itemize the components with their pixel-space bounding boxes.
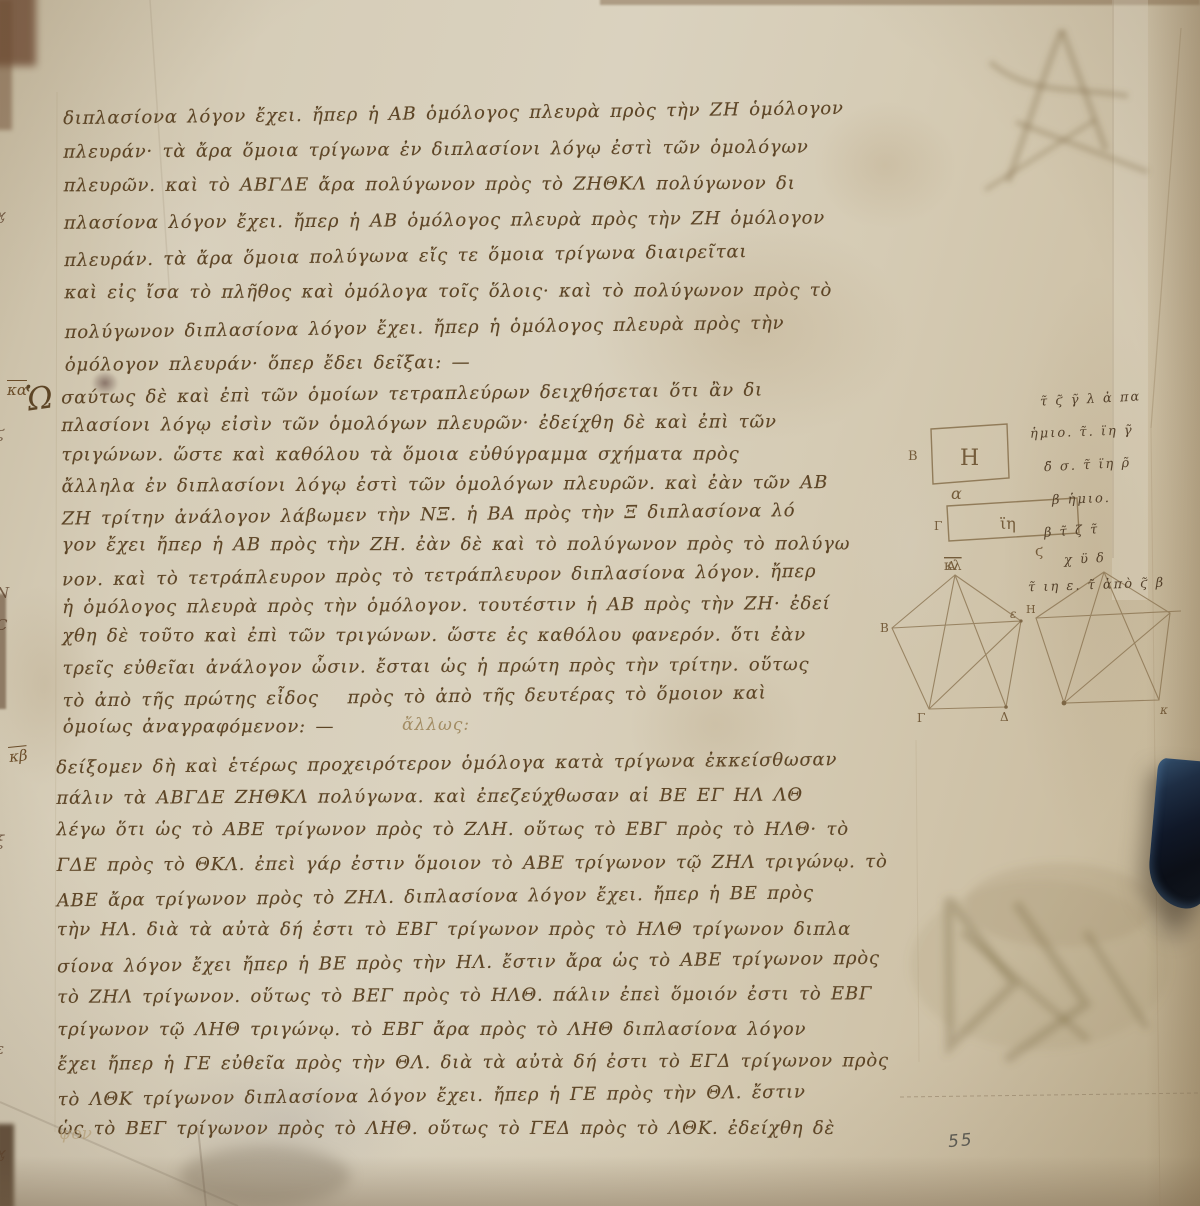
text-line: τὴν ΗΛ. διὰ τὰ αὐτὰ δή ἐστι τὸ ΕΒΓ τρίγω… xyxy=(57,913,888,947)
text-line: πλευρῶν. καὶ τὸ ΑΒΓΔΕ ἄρα πολύγωνον πρὸς… xyxy=(64,166,845,204)
showthrough-bottom-right xyxy=(910,863,1170,1060)
text-line: τὸ ΛΘΚ τρίγωνον διπλασίονα λόγον ἔχει. ἤ… xyxy=(58,1075,890,1117)
scholion-line: χ ϋ δ xyxy=(1064,551,1107,568)
square2-left-label: Γ xyxy=(934,519,942,533)
edge-mark: ξ xyxy=(0,832,4,850)
edge-mark: ϛ xyxy=(0,424,4,442)
page-edge-dark xyxy=(0,0,36,66)
paragraph-2: σαύτως δὲ καὶ ἐπὶ τῶν ὁμοίων τετραπλεύρω… xyxy=(61,377,851,745)
text-line: λέγω ὅτι ὡς τὸ ΑΒΕ τρίγωνον πρὸς τὸ ΖΛΗ.… xyxy=(56,813,887,847)
pentagon1-outline xyxy=(892,575,1021,709)
scholion-line: β ἡμιο. xyxy=(1052,491,1111,508)
page-edge-dark xyxy=(0,1124,14,1206)
faded-text-fragment: ψον xyxy=(58,1124,92,1144)
text-line: τὸ ΖΗΛ τρίγωνον. οὕτως τὸ ΒΕΓ πρὸς τὸ ΗΛ… xyxy=(57,978,889,1015)
right-margin-light xyxy=(1112,0,1148,600)
edge-mark: ε xyxy=(0,1040,4,1058)
folio-number: 55 xyxy=(947,1130,974,1152)
text-line: πάλιν τὰ ΑΒΓΔΕ ΖΗΘΚΛ πολύγωνα. καὶ ἐπεζε… xyxy=(56,778,888,815)
square2-caption: κλ xyxy=(944,558,962,574)
square1-below-label: α xyxy=(951,484,962,503)
pentagon1-label-g: Γ xyxy=(917,711,925,725)
proposition-number-22: κβ xyxy=(8,746,28,766)
text-line: χθη δὲ τοῦτο καὶ ἐπὶ τῶν τριγώνων. ὥστε … xyxy=(62,621,850,652)
text-line: γον ἔχει ἤπερ ἡ ΑΒ πρὸς τὴν ΖΗ. ἐὰν δὲ κ… xyxy=(62,530,850,561)
scholion-line: δ̃ σ. τ̃ ϊη ρ̃ xyxy=(1044,456,1132,476)
page-edge-dark xyxy=(600,0,1200,5)
square-H-outline xyxy=(931,424,1009,484)
stain xyxy=(836,410,986,680)
paragraph-3: δείξομεν δὴ καὶ ἑτέρως προχειρότερον ὁμό… xyxy=(56,745,889,1147)
square1-inner-label: Η xyxy=(960,446,979,471)
bottom-smudge xyxy=(180,1146,350,1206)
page-edge-dark xyxy=(0,0,12,130)
pentagon1-label-b: Β xyxy=(880,621,889,635)
text-line: ὡς τὸ ΒΕΓ τρίγωνον πρὸς τὸ ΛΗΘ. οὕτως τὸ… xyxy=(58,1112,889,1146)
text-line: καὶ εἰς ἴσα τὸ πλῆθος καὶ ὁμόλογα τοῖς ὅ… xyxy=(64,273,845,311)
bottom-shadow-band xyxy=(0,1156,1200,1206)
text-line: τρίγωνον τῷ ΛΗΘ τριγώνῳ. τὸ ΕΒΓ ἄρα πρὸς… xyxy=(57,1012,888,1046)
edge-mark: Ν xyxy=(0,584,9,602)
edge-mark: ϗ xyxy=(0,206,5,224)
pentagon2-label-k: κ xyxy=(1159,703,1168,717)
paragraph-1: διπλασίονα λόγον ἔχει. ἤπερ ἡ ΑΒ ὁμόλογο… xyxy=(63,93,846,383)
pentagon1-chords xyxy=(892,575,1021,709)
text-line: τριγώνων. ὥστε καὶ καθόλου τὰ ὅμοια εὐθύ… xyxy=(61,439,849,470)
edge-mark: ϗ xyxy=(0,1144,5,1162)
paragraph2-initial: Ὡ xyxy=(24,379,56,418)
pentagon2-label-h: Η xyxy=(1026,603,1036,616)
pentagon1-label-a: Α xyxy=(946,559,956,573)
manuscript-page: Η Β α ϊη Γ ϛ κλ Α Β Γ Δ ε Η κ διπλασίονα… xyxy=(0,0,1200,1206)
scholion-line: τ̃ ιη ε. τ̃ ἀπὸ ϛ̃ β xyxy=(1028,576,1166,596)
alternative-proof-heading: ἄλλως: xyxy=(402,715,470,735)
scholion-line: β τ̃ ζ τ̃ xyxy=(1044,522,1100,541)
edge-mark: Ϲ xyxy=(0,616,7,634)
right-edge-strip xyxy=(1146,0,1200,1206)
square1-left-label: Β xyxy=(908,449,918,464)
pentagon1-label-d: Δ xyxy=(1000,710,1009,724)
square2-below-label: ϛ xyxy=(1035,542,1043,560)
pentagon1-label-e: ε xyxy=(1010,607,1016,621)
scholion-line: ἡμιο. τ̃. ϊη γ̃ xyxy=(1030,423,1134,442)
showthrough-top-right xyxy=(985,30,1148,190)
square2-inner-label: ϊη xyxy=(1000,514,1016,533)
page-edge-dark xyxy=(0,594,6,709)
figure-squares xyxy=(931,424,1079,541)
scholion-line: τ̃ ϛ̃ γ̃ λ ἀ πα xyxy=(1040,389,1142,409)
text-line: ΑΒΕ ἄρα τρίγωνον πρὸς τὸ ΖΗΛ. διπλασίονα… xyxy=(57,875,889,917)
